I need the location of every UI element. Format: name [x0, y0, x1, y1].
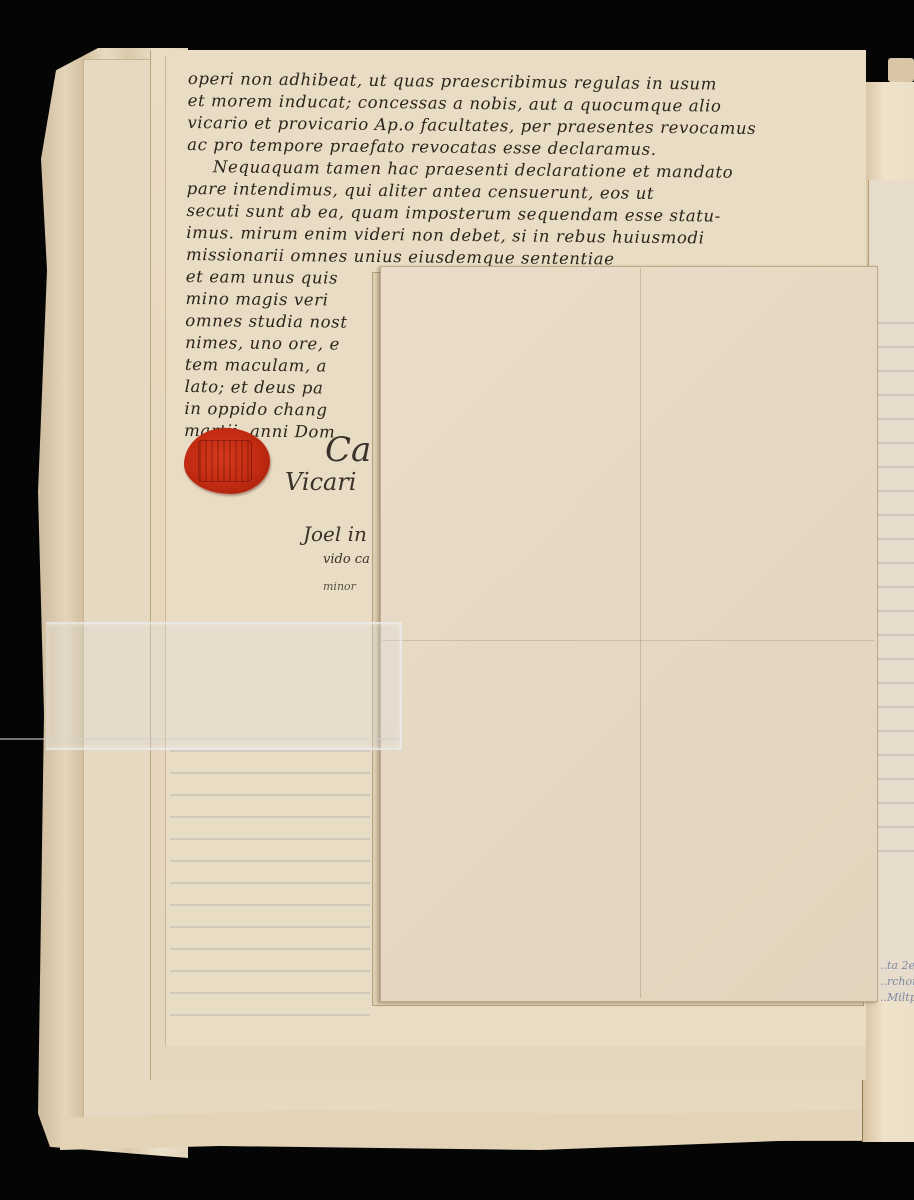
- margin-note-line: ..Miltp: [880, 990, 914, 1006]
- margin-note: ..ta 2e ..rchome ..Miltp: [880, 958, 914, 1006]
- fold-crease: [640, 268, 641, 998]
- faint-bleed-through-text: [170, 730, 370, 1030]
- blank-folded-sheet: [380, 266, 878, 1002]
- faint-bleed-through-text: [874, 300, 914, 860]
- countersign-line: minor: [323, 580, 356, 593]
- strip-edge: [0, 738, 400, 740]
- countersign-name: Joel in: [303, 522, 367, 546]
- margin-note-line: ..ta 2e: [880, 958, 914, 974]
- margin-note-line: ..rchome: [880, 974, 914, 990]
- signature-title: Vicari: [285, 468, 356, 496]
- top-right-tab: [888, 58, 914, 82]
- countersign-line: vido ca: [323, 552, 370, 567]
- transparent-strip: [46, 622, 402, 750]
- fold-crease: [382, 640, 874, 641]
- seal-emboss: [198, 440, 252, 482]
- signature-initial: Ca: [325, 430, 371, 470]
